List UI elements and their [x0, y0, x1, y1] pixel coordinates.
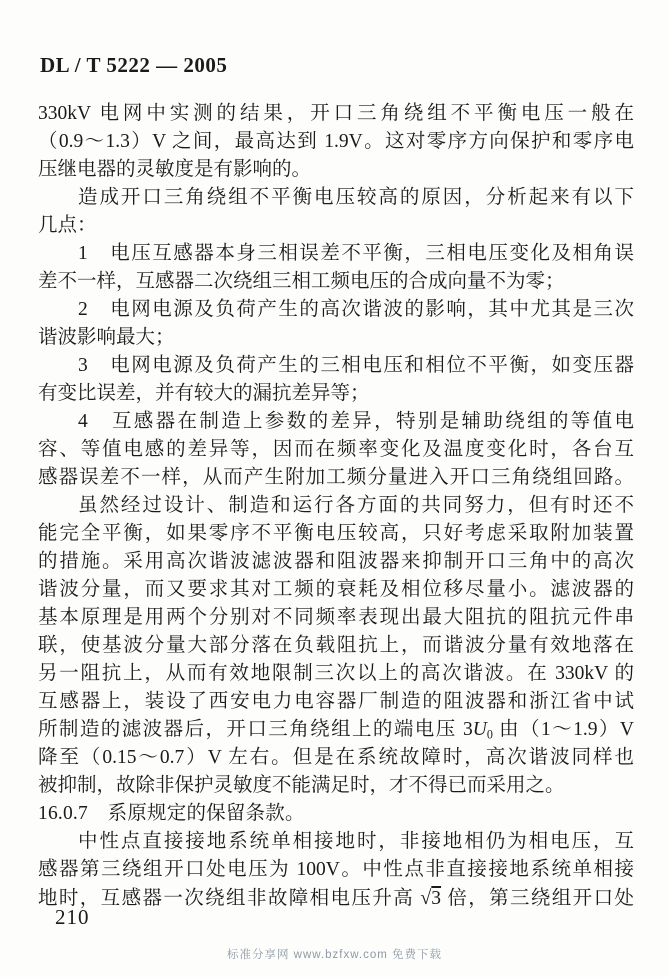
text-line: 地时，互感器一次绕组非故障相电压升高 √3 倍，第三绕组开口处: [38, 884, 634, 912]
scanned-document-page: DL / T 5222 — 2005 330kV 电网中实测的结果，开口三角绕组…: [0, 0, 669, 977]
text-line: 感器误差不一样，从而产生附加工频分量进入开口三角绕组回路。: [38, 464, 634, 492]
clause-heading: 16.0.7 系原规定的保留条款。: [38, 800, 634, 828]
text-line: 压继电器的灵敏度是有影响的。: [38, 156, 634, 184]
text-line: 2 电网电源及负荷产生的高次谐波的影响，其中尤其是三次: [38, 296, 634, 324]
text-line: 差不一样，互感器二次绕组三相工频电压的合成向量不为零；: [38, 268, 634, 296]
standard-number-header: DL / T 5222 — 2005: [40, 53, 227, 78]
text-line: 4 互感器在制造上参数的差异，特别是辅助绕组的等值电: [38, 408, 634, 436]
text-line: 降至（0.15～0.7）V 左右。但是在系统故障时，高次谐波同样也: [38, 744, 634, 772]
text-line: 谐波影响最大；: [38, 324, 634, 352]
watermark-text: 标准分享网 www.bzfxw.com 免费下载: [0, 946, 669, 962]
text-line: 几点：: [38, 212, 634, 240]
text-line: 1 电压互感器本身三相误差不平衡，三相电压变化及相角误: [38, 240, 634, 268]
text-line: 谐波分量，而又要求其对工频的衰耗及相位移尽量小。滤波器的: [38, 576, 634, 604]
text-line: 330kV 电网中实测的结果，开口三角绕组不平衡电压一般在: [38, 100, 634, 128]
text-line: 的措施。采用高次谐波滤波器和阻波器来抑制开口三角中的高次: [38, 548, 634, 576]
text-line: 联，使基波分量大部分落在负载阻抗上，而谐波分量有效地落在: [38, 632, 634, 660]
page-number: 210: [55, 905, 90, 930]
text-line: 所制造的滤波器后，开口三角绕组上的端电压 3U0 由（1～1.9）V: [38, 716, 634, 744]
text-line: 互感器上，装设了西安电力电容器厂制造的阻波器和浙江省中试: [38, 688, 634, 716]
text-line: 造成开口三角绕组不平衡电压较高的原因，分析起来有以下: [38, 184, 634, 212]
text-line: 能完全平衡，如果零序不平衡电压较高，只好考虑采取附加装置: [38, 520, 634, 548]
text-line: 3 电网电源及负荷产生的三相电压和相位不平衡，如变压器: [38, 352, 634, 380]
text-line: 虽然经过设计、制造和运行各方面的共同努力，但有时还不: [38, 492, 634, 520]
text-line: 中性点直接接地系统单相接地时，非接地相仍为相电压，互: [38, 828, 634, 856]
text-line: 另一阻抗上，从而有效地限制三次以上的高次谐波。在 330kV 的: [38, 660, 634, 688]
text-line: （0.9～1.3）V 之间，最高达到 1.9V。这对零序方向保护和零序电: [38, 128, 634, 156]
text-line: 容、等值电感的差异等，因而在频率变化及温度变化时，各台互: [38, 436, 634, 464]
document-body: 330kV 电网中实测的结果，开口三角绕组不平衡电压一般在（0.9～1.3）V …: [38, 100, 634, 912]
text-line: 基本原理是用两个分别对不同频率表现出最大阻抗的阻抗元件串: [38, 604, 634, 632]
text-line: 有变比误差，并有较大的漏抗差异等；: [38, 380, 634, 408]
text-line: 感器第三绕组开口处电压为 100V。中性点非直接接地系统单相接: [38, 856, 634, 884]
text-line: 被抑制，故除非保护灵敏度不能满足时，才不得已而采用之。: [38, 772, 634, 800]
